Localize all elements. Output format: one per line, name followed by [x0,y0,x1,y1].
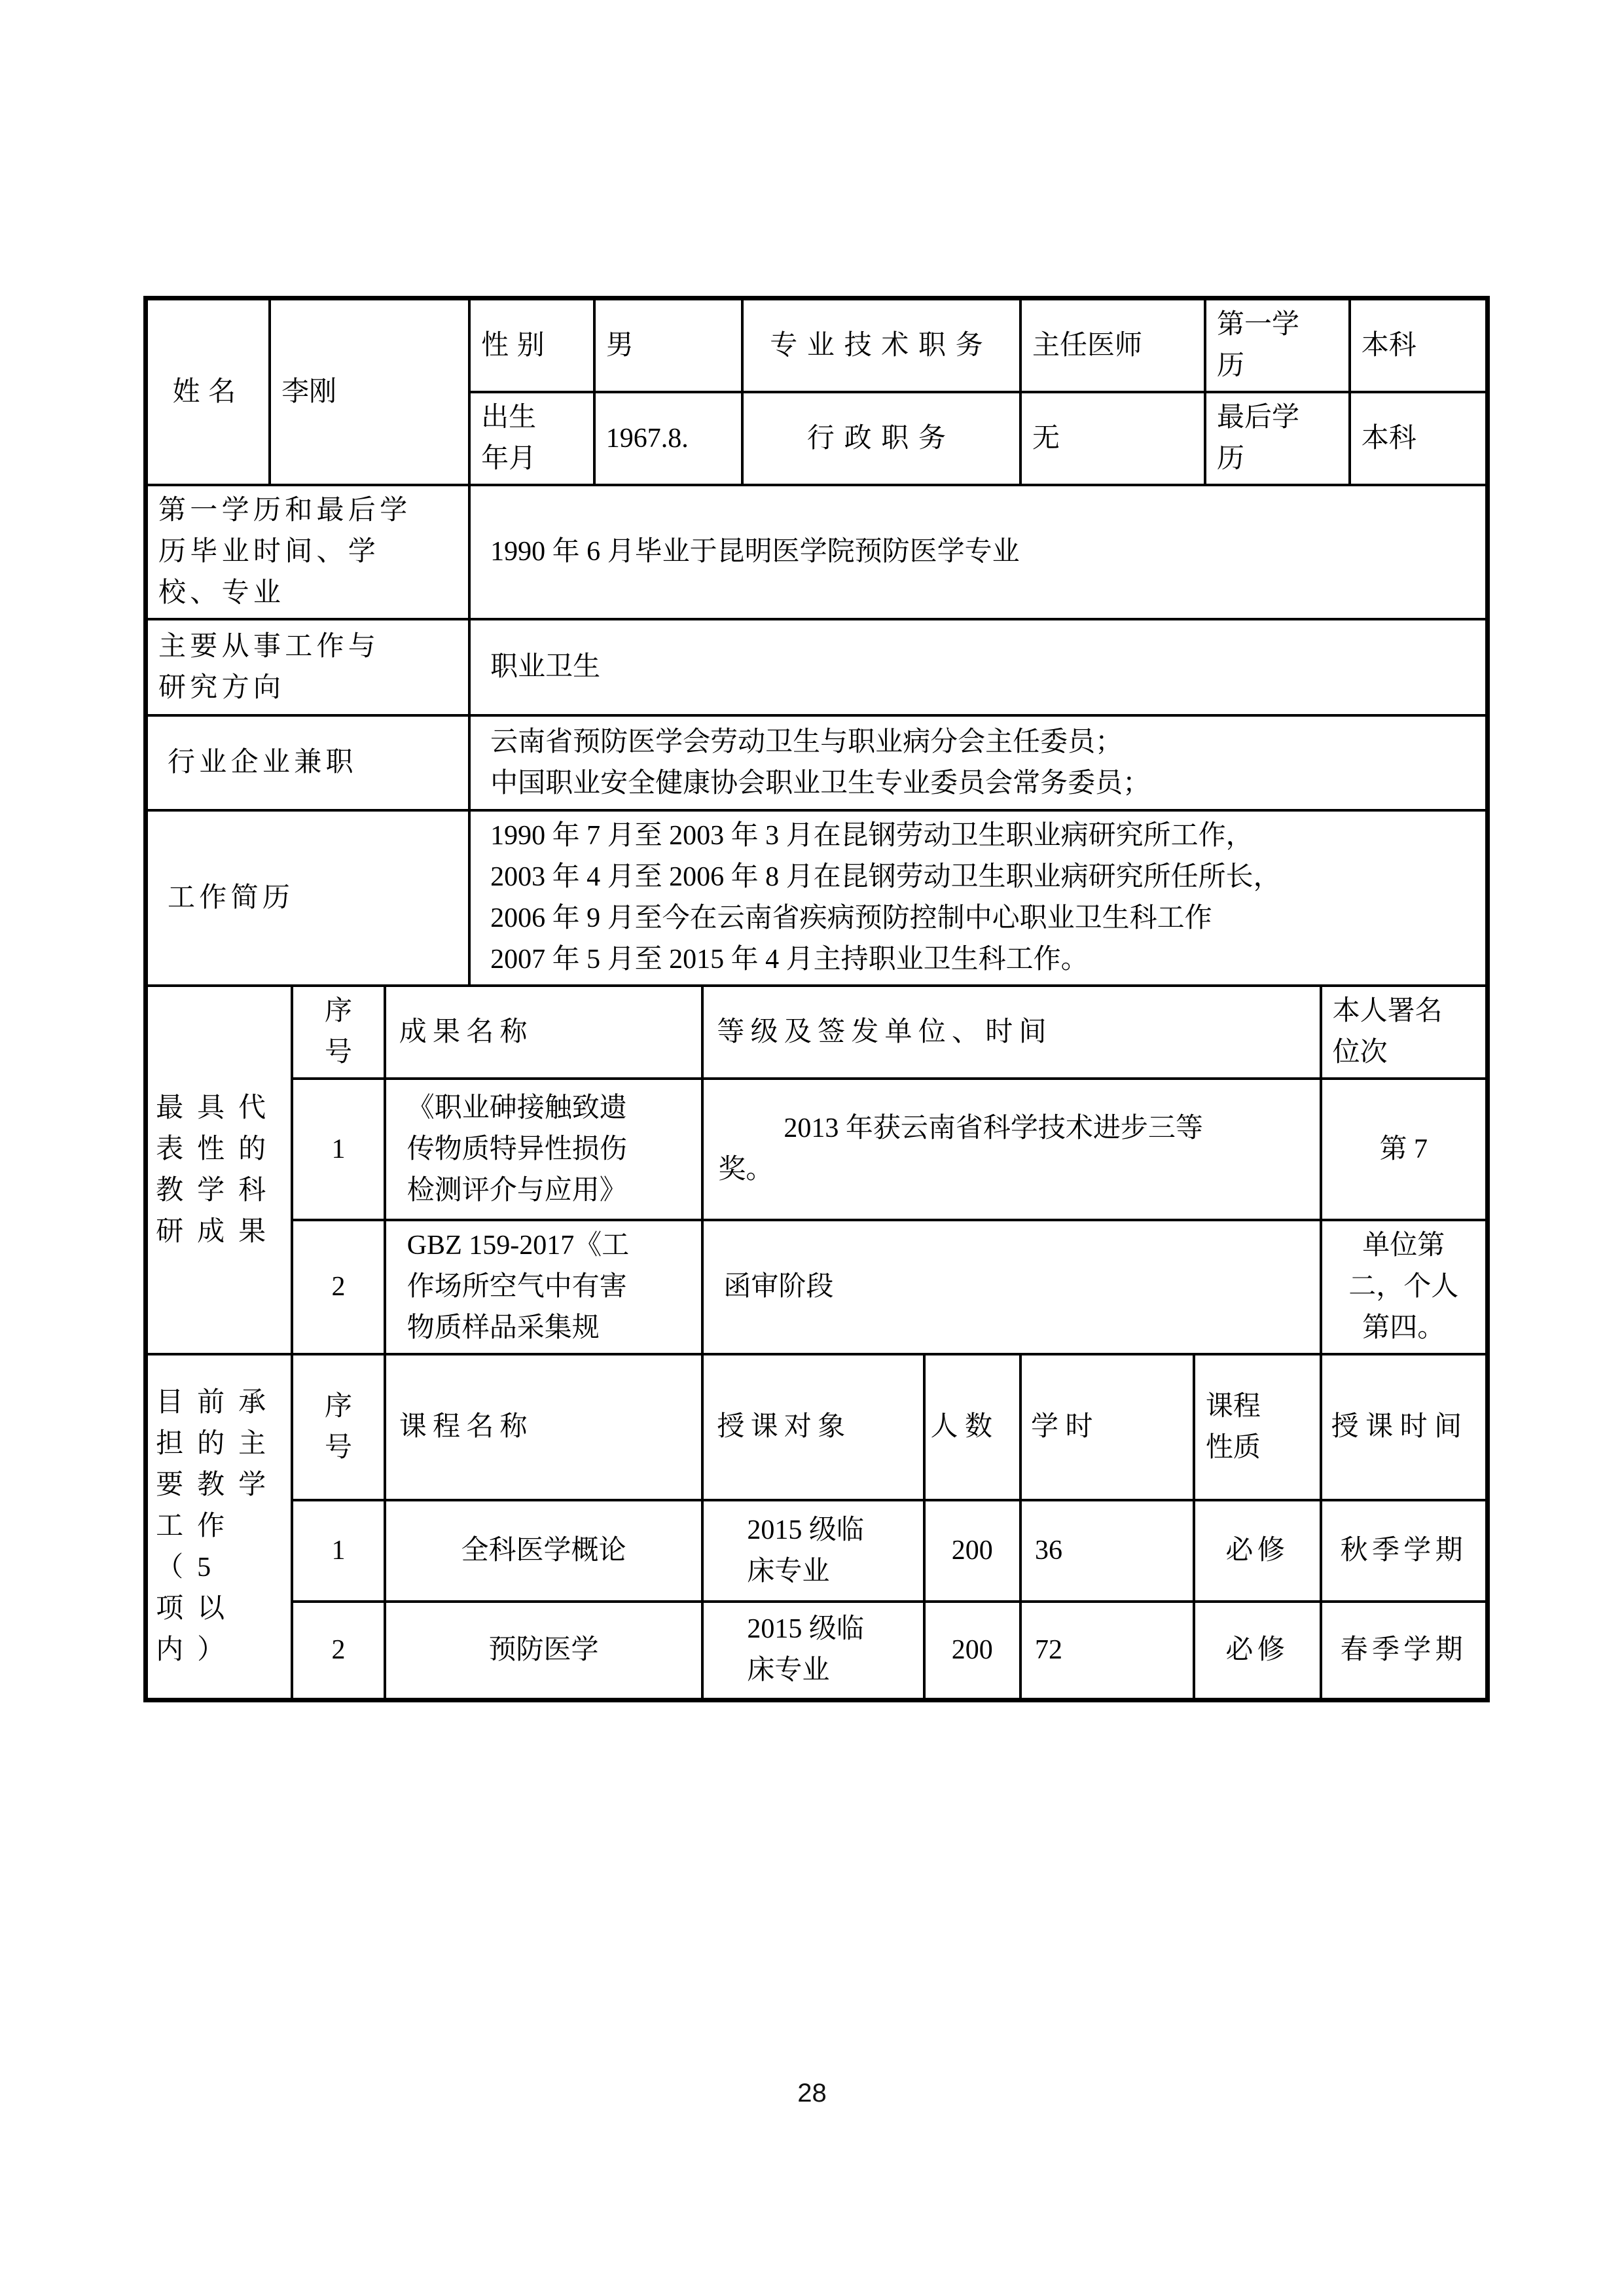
teaching-type-header: 课程性质 [1206,1386,1265,1469]
teaching-audience: 2015 级临床专业 [747,1609,879,1691]
achievement-row-1: 1 《职业砷接触致遗传物质特异性损伤检测评介与应用》 2013 年获云南省科学技… [146,1079,1488,1220]
teaching-course-header-cell: 课程名称 [385,1354,703,1500]
page-number: 28 [0,2079,1624,2108]
research-label-cell: 主要从事工作与研究方向 [146,619,470,715]
teaching-audience-cell: 2015 级临床专业 [702,1500,924,1602]
name-value-cell: 李刚 [270,298,469,486]
row-identity-1: 姓名 李刚 性别 男 专业技术职务 主任医师 第一学历 本科 [146,298,1488,393]
career-label-cell: 工作简历 [146,810,470,986]
first-degree-label-cell: 第一学历 [1205,298,1350,393]
final-degree-value-cell: 本科 [1350,392,1488,485]
birth-value-cell: 1967.8. [594,392,742,485]
admin-title-label-cell: 行政职务 [742,392,1020,485]
education-label: 第一学历和最后学历毕业时间、学校、专业 [158,490,415,614]
achievement-name: 《职业砷接触致遗传物质特异性损伤检测评介与应用》 [407,1088,635,1211]
achievement-rank-cell: 第 7 [1321,1079,1488,1220]
teaching-audience-cell: 2015 级临床专业 [702,1602,924,1700]
achievements-section-label: 最具代表性的教学科研成果 [156,1088,283,1253]
teaching-index-cell: 1 [292,1500,384,1602]
achievement-rank-cell: 单位第二，个人第四。 [1321,1220,1488,1354]
career-value-cell: 1990 年 7 月至 2003 年 3 月在昆钢劳动卫生职业病研究所工作， 2… [469,810,1487,986]
teaching-type-header-cell: 课程性质 [1194,1354,1321,1500]
row-education: 第一学历和最后学历毕业时间、学校、专业 1990 年 6 月毕业于昆明医学院预防… [146,485,1488,619]
row-teaching-header: 目前承担的主要教学工作（5 项以内） 序号 课程名称 授课对象 人数 学时 课程… [146,1354,1488,1500]
gender-label-cell: 性别 [469,298,594,393]
achievement-index-cell: 2 [292,1220,384,1354]
resume-table: 姓名 李刚 性别 男 专业技术职务 主任医师 第一学历 本科 出生年月 1967… [143,296,1490,1702]
achievements-section-label-cell: 最具代表性的教学科研成果 [146,986,293,1354]
achievement-name-cell: 《职业砷接触致遗传物质特异性损伤检测评介与应用》 [385,1079,703,1220]
achievements-index-header-cell: 序号 [292,986,384,1079]
parttime-label-cell: 行业企业兼职 [146,715,470,810]
education-label-cell: 第一学历和最后学历毕业时间、学校、专业 [146,485,470,619]
teaching-hours-header-cell: 学时 [1020,1354,1194,1500]
teaching-index-cell: 2 [292,1602,384,1700]
teaching-audience-header-cell: 授课对象 [702,1354,924,1500]
research-label: 主要从事工作与研究方向 [158,626,389,709]
teaching-students-cell: 200 [924,1500,1021,1602]
career-line: 2003 年 4 月至 2006 年 8 月在昆钢劳动卫生职业病研究所任所长， [490,857,1477,898]
parttime-line: 云南省预防医学会劳动卫生与职业病分会主任委员； [490,722,1477,763]
teaching-students-cell: 200 [924,1602,1021,1700]
row-career: 工作简历 1990 年 7 月至 2003 年 3 月在昆钢劳动卫生职业病研究所… [146,810,1488,986]
achievement-award-cell: 2013 年获云南省科学技术进步三等奖。 [702,1079,1320,1220]
teaching-audience: 2015 级临床专业 [747,1510,879,1592]
parttime-line: 中国职业安全健康协会职业卫生专业委员会常务委员； [490,763,1477,804]
final-degree-label-cell: 最后学历 [1205,392,1350,485]
achievement-index-cell: 1 [292,1079,384,1220]
tech-title-label-cell: 专业技术职务 [742,298,1020,393]
achievements-award-header-cell: 等级及签发单位、时间 [702,986,1320,1079]
name-label-cell: 姓名 [146,298,270,486]
teaching-course-cell: 预防医学 [385,1602,703,1700]
first-degree-label: 第一学历 [1217,304,1303,387]
teaching-index-header: 序号 [323,1386,353,1469]
achievements-index-header: 序号 [323,991,353,1073]
teaching-section-label-cell: 目前承担的主要教学工作（5 项以内） [146,1354,293,1700]
achievement-award-cell: 函审阶段 [702,1220,1320,1354]
tech-title-value-cell: 主任医师 [1020,298,1205,393]
parttime-value-cell: 云南省预防医学会劳动卫生与职业病分会主任委员； 中国职业安全健康协会职业卫生专业… [469,715,1487,810]
career-line: 2006 年 9 月至今在云南省疾病预防控制中心职业卫生科工作 [490,898,1477,939]
career-line: 2007 年 5 月至 2015 年 4 月主持职业卫生科工作。 [490,939,1477,980]
teaching-course-cell: 全科医学概论 [385,1500,703,1602]
document-page: 姓名 李刚 性别 男 专业技术职务 主任医师 第一学历 本科 出生年月 1967… [0,0,1624,2296]
row-achievements-header: 最具代表性的教学科研成果 序号 成果名称 等级及签发单位、时间 本人署名位次 [146,986,1488,1079]
achievement-rank: 单位第二，个人第四。 [1342,1225,1465,1349]
row-research: 主要从事工作与研究方向 职业卫生 [146,619,1488,715]
teaching-hours-cell: 36 [1020,1500,1194,1602]
achievement-name: GBZ 159-2017《工作场所空气中有害物质样品采集规 [407,1225,635,1349]
final-degree-label: 最后学历 [1217,397,1303,480]
teaching-section-label: 目前承担的主要教学工作（5 项以内） [156,1382,283,1671]
teaching-time-header-cell: 授课时间 [1321,1354,1488,1500]
teaching-hours-cell: 72 [1020,1602,1194,1700]
first-degree-value-cell: 本科 [1350,298,1488,393]
birth-label-cell: 出生年月 [469,392,594,485]
teaching-row-1: 1 全科医学概论 2015 级临床专业 200 36 必修 秋季学期 [146,1500,1488,1602]
birth-label: 出生年月 [481,397,540,480]
teaching-time-cell: 春季学期 [1321,1602,1488,1700]
education-value-cell: 1990 年 6 月毕业于昆明医学院预防医学专业 [469,485,1487,619]
achievement-award: 2013 年获云南省科学技术进步三等奖。 [718,1108,1230,1191]
achievement-name-cell: GBZ 159-2017《工作场所空气中有害物质样品采集规 [385,1220,703,1354]
admin-title-value-cell: 无 [1020,392,1205,485]
gender-value-cell: 男 [594,298,742,393]
achievement-row-2: 2 GBZ 159-2017《工作场所空气中有害物质样品采集规 函审阶段 单位第… [146,1220,1488,1354]
row-parttime: 行业企业兼职 云南省预防医学会劳动卫生与职业病分会主任委员； 中国职业安全健康协… [146,715,1488,810]
research-value-cell: 职业卫生 [469,619,1487,715]
teaching-students-header-cell: 人数 [924,1354,1021,1500]
achievements-name-header-cell: 成果名称 [385,986,703,1079]
teaching-row-2: 2 预防医学 2015 级临床专业 200 72 必修 春季学期 [146,1602,1488,1700]
teaching-type-cell: 必修 [1194,1602,1321,1700]
career-line: 1990 年 7 月至 2003 年 3 月在昆钢劳动卫生职业病研究所工作， [490,816,1477,857]
achievements-rank-header: 本人署名位次 [1333,991,1447,1073]
teaching-index-header-cell: 序号 [292,1354,384,1500]
teaching-time-cell: 秋季学期 [1321,1500,1488,1602]
teaching-type-cell: 必修 [1194,1500,1321,1602]
achievements-rank-header-cell: 本人署名位次 [1321,986,1488,1079]
